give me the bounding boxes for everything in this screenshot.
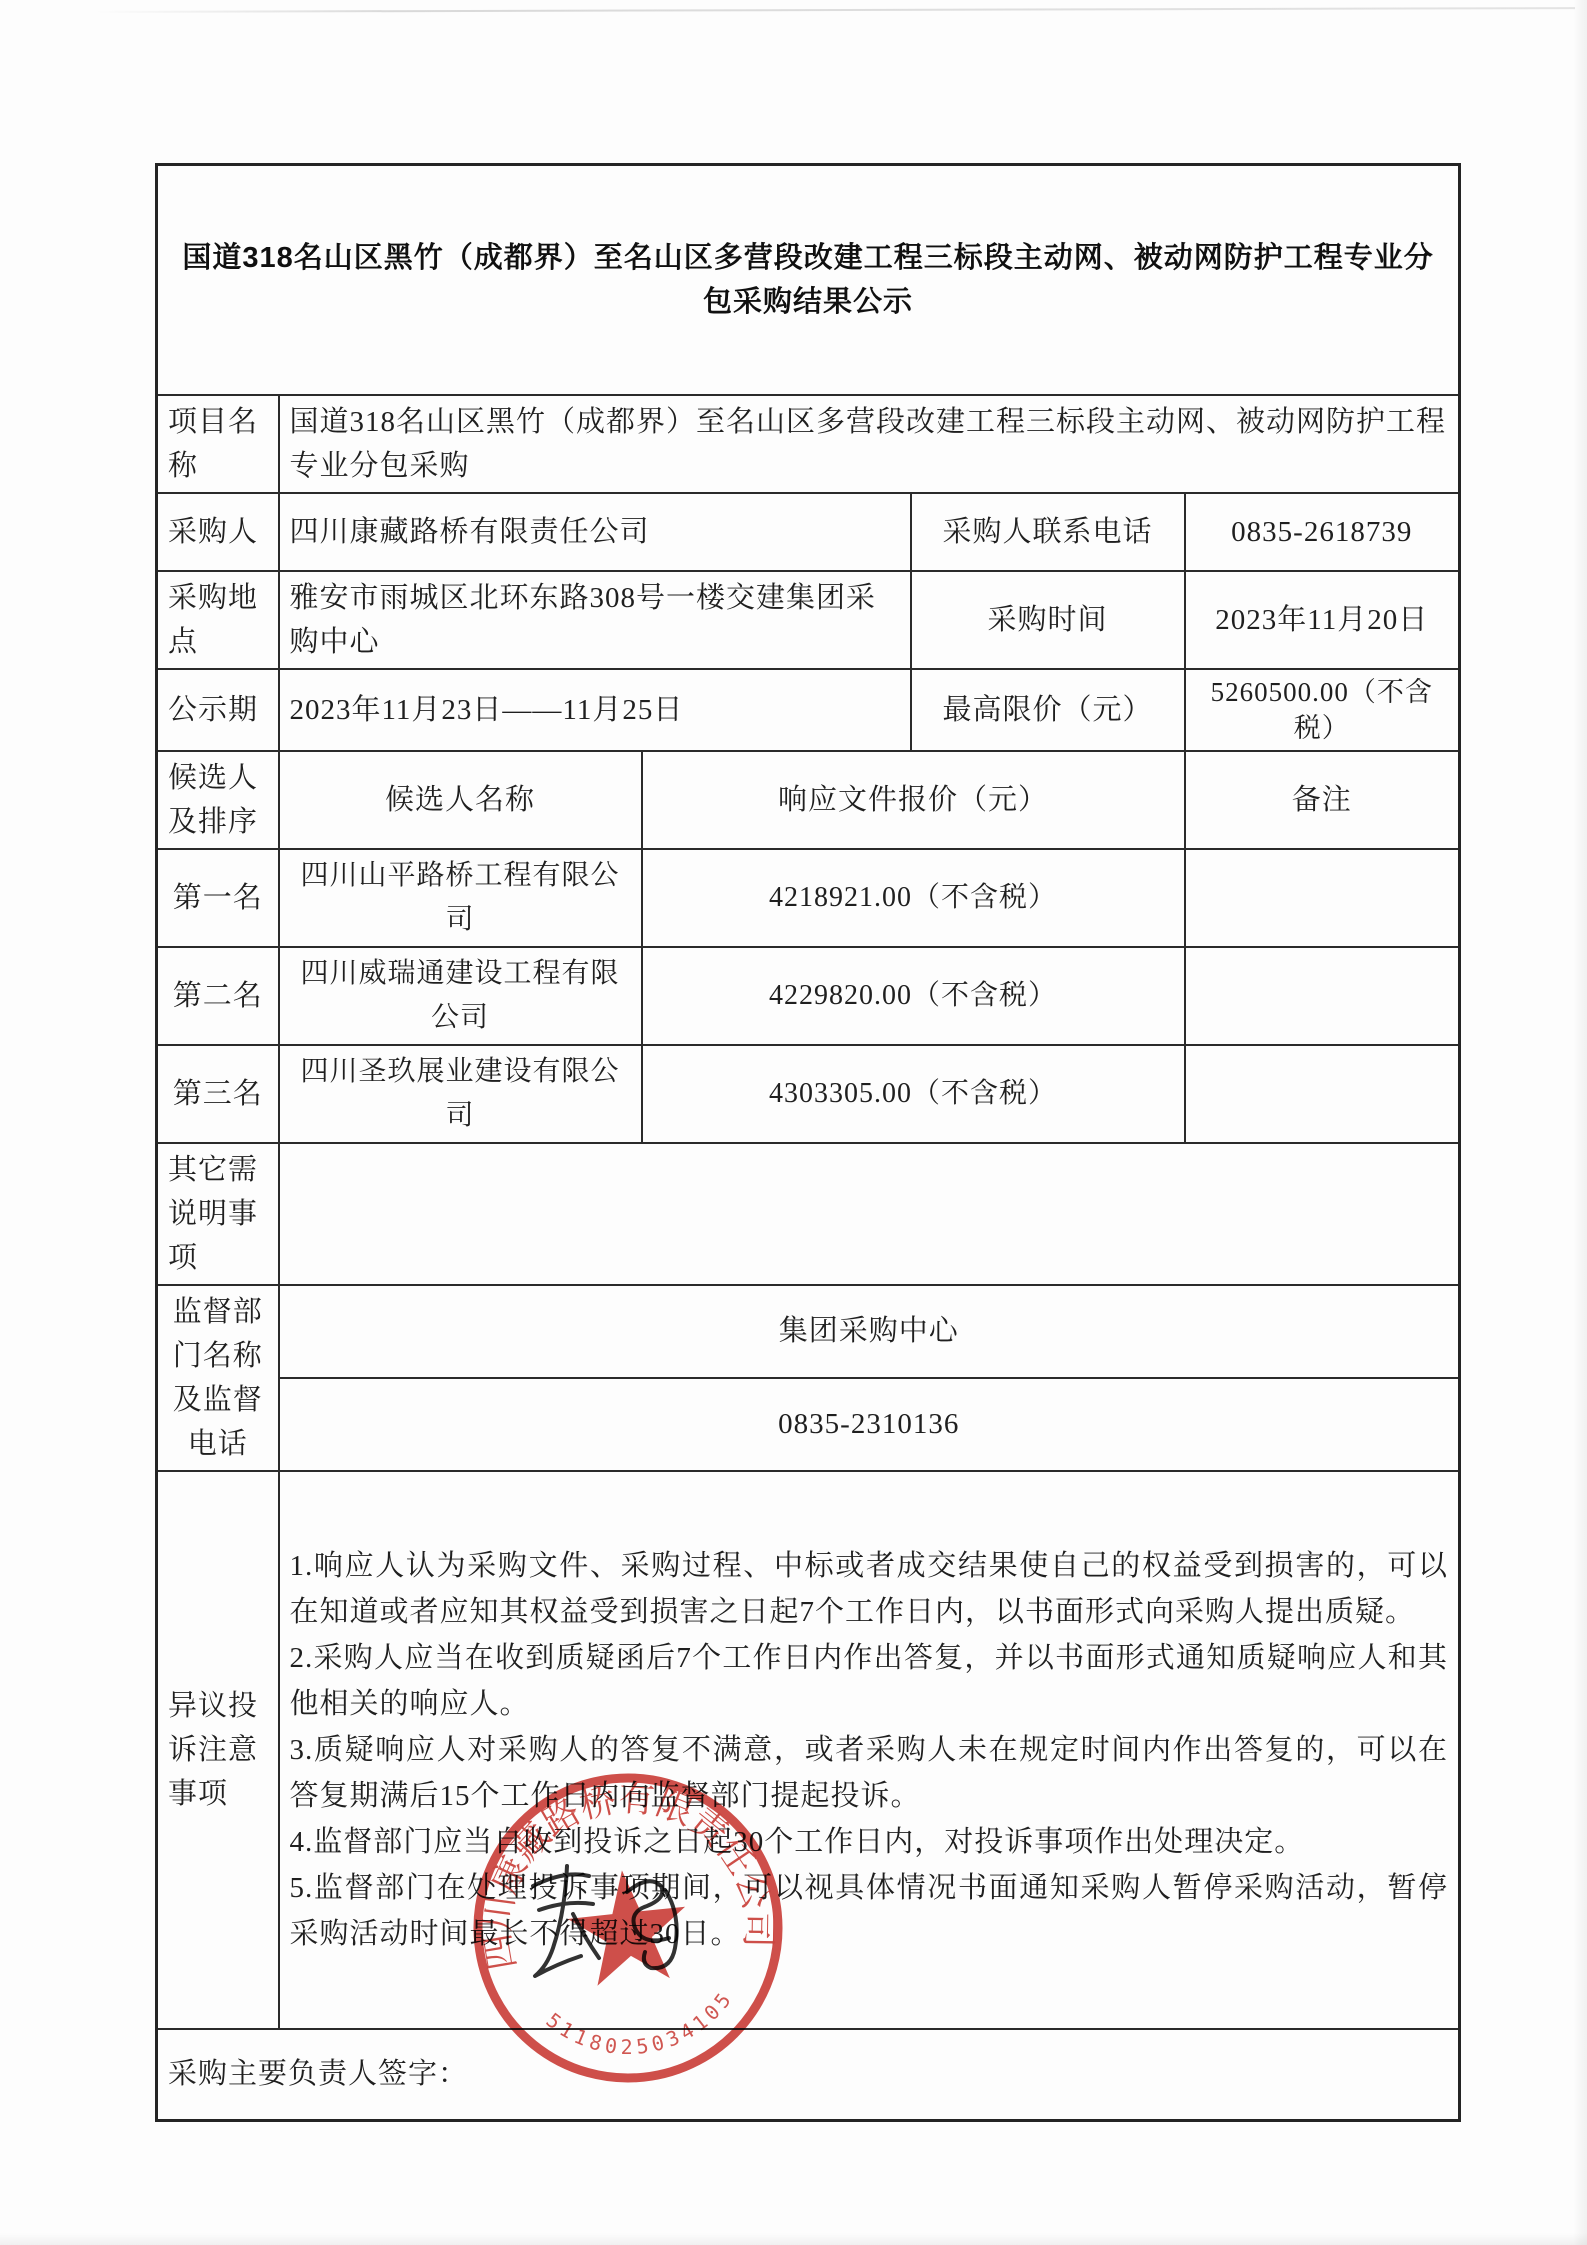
candidate-rank: 第二名: [157, 947, 279, 1045]
publicity-period-value: 2023年11月23日——11月25日: [279, 669, 911, 751]
supervision-phone: 0835-2310136: [279, 1378, 1460, 1470]
location-label: 采购地点: [157, 571, 279, 669]
scan-artifact-top-line: [95, 7, 1575, 13]
candidate-name: 四川圣玖展业建设有限公司: [279, 1045, 642, 1143]
project-name-label: 项目名称: [157, 395, 279, 493]
purchaser-label: 采购人: [157, 493, 279, 571]
notice-item: 4.监督部门应当自收到投诉之日起30个工作日内，对投诉事项作出处理决定。: [290, 1819, 1449, 1865]
objection-notice-label: 异议投诉注意事项: [157, 1471, 279, 2029]
purchase-time-value: 2023年11月20日: [1185, 571, 1460, 669]
max-price-label: 最高限价（元）: [911, 669, 1185, 751]
other-notes-label: 其它需说明事项: [157, 1143, 279, 1285]
candidate-remark: [1185, 1045, 1460, 1143]
candidate-name: 四川威瑞通建设工程有限公司: [279, 947, 642, 1045]
notice-item: 1.响应人认为采购文件、采购过程、中标或者成交结果使自己的权益受到损害的，可以在…: [290, 1543, 1449, 1635]
scan-artifact-bottom-edge: [0, 2233, 1587, 2245]
supervision-label: 监督部门名称及监督电话: [157, 1285, 279, 1471]
purchaser-phone-label: 采购人联系电话: [911, 493, 1185, 571]
candidate-rank: 第三名: [157, 1045, 279, 1143]
project-name-value: 国道318名山区黑竹（成都界）至名山区多营段改建工程三标段主动网、被动网防护工程…: [279, 395, 1460, 493]
notice-item: 3.质疑响应人对采购人的答复不满意，或者采购人未在规定时间内作出答复的，可以在答…: [290, 1727, 1449, 1819]
candidates-remark-header: 备注: [1185, 751, 1460, 849]
candidates-name-header: 候选人名称: [279, 751, 642, 849]
candidate-rank: 第一名: [157, 849, 279, 947]
scan-artifact-right-edge: [1573, 0, 1587, 2245]
candidate-row: 第三名 四川圣玖展业建设有限公司 4303305.00（不含税）: [157, 1045, 1460, 1143]
candidate-row: 第一名 四川山平路桥工程有限公司 4218921.00（不含税）: [157, 849, 1460, 947]
candidate-bid: 4303305.00（不含税）: [642, 1045, 1185, 1143]
objection-notice-text: 1.响应人认为采购文件、采购过程、中标或者成交结果使自己的权益受到损害的，可以在…: [279, 1471, 1460, 2029]
purchaser-phone-value: 0835-2618739: [1185, 493, 1460, 571]
candidate-row: 第二名 四川威瑞通建设工程有限公司 4229820.00（不含税）: [157, 947, 1460, 1045]
candidate-name: 四川山平路桥工程有限公司: [279, 849, 642, 947]
supervision-name: 集团采购中心: [279, 1285, 1460, 1379]
candidate-remark: [1185, 947, 1460, 1045]
signature-line-label: 采购主要负责人签字：: [157, 2029, 1460, 2121]
other-notes-value: [279, 1143, 1460, 1285]
candidates-rank-header: 候选人及排序: [157, 751, 279, 849]
publicity-period-label: 公示期: [157, 669, 279, 751]
scanned-document-page: 国道318名山区黑竹（成都界）至名山区多营段改建工程三标段主动网、被动网防护工程…: [0, 0, 1587, 2245]
candidate-remark: [1185, 849, 1460, 947]
notice-item: 5.监督部门在处理投诉事项期间，可以视具体情况书面通知采购人暂停采购活动，暂停采…: [290, 1865, 1449, 1957]
candidate-bid: 4218921.00（不含税）: [642, 849, 1185, 947]
max-price-value: 5260500.00（不含税）: [1185, 669, 1460, 751]
candidate-bid: 4229820.00（不含税）: [642, 947, 1185, 1045]
notice-item: 2.采购人应当在收到质疑函后7个工作日内作出答复，并以书面形式通知质疑响应人和其…: [290, 1635, 1449, 1727]
purchase-time-label: 采购时间: [911, 571, 1185, 669]
location-value: 雅安市雨城区北环东路308号一楼交建集团采购中心: [279, 571, 911, 669]
purchaser-value: 四川康藏路桥有限责任公司: [279, 493, 911, 571]
procurement-result-table: 国道318名山区黑竹（成都界）至名山区多营段改建工程三标段主动网、被动网防护工程…: [155, 163, 1461, 2122]
document-title: 国道318名山区黑竹（成都界）至名山区多营段改建工程三标段主动网、被动网防护工程…: [157, 165, 1460, 395]
candidates-bid-header: 响应文件报价（元）: [642, 751, 1185, 849]
